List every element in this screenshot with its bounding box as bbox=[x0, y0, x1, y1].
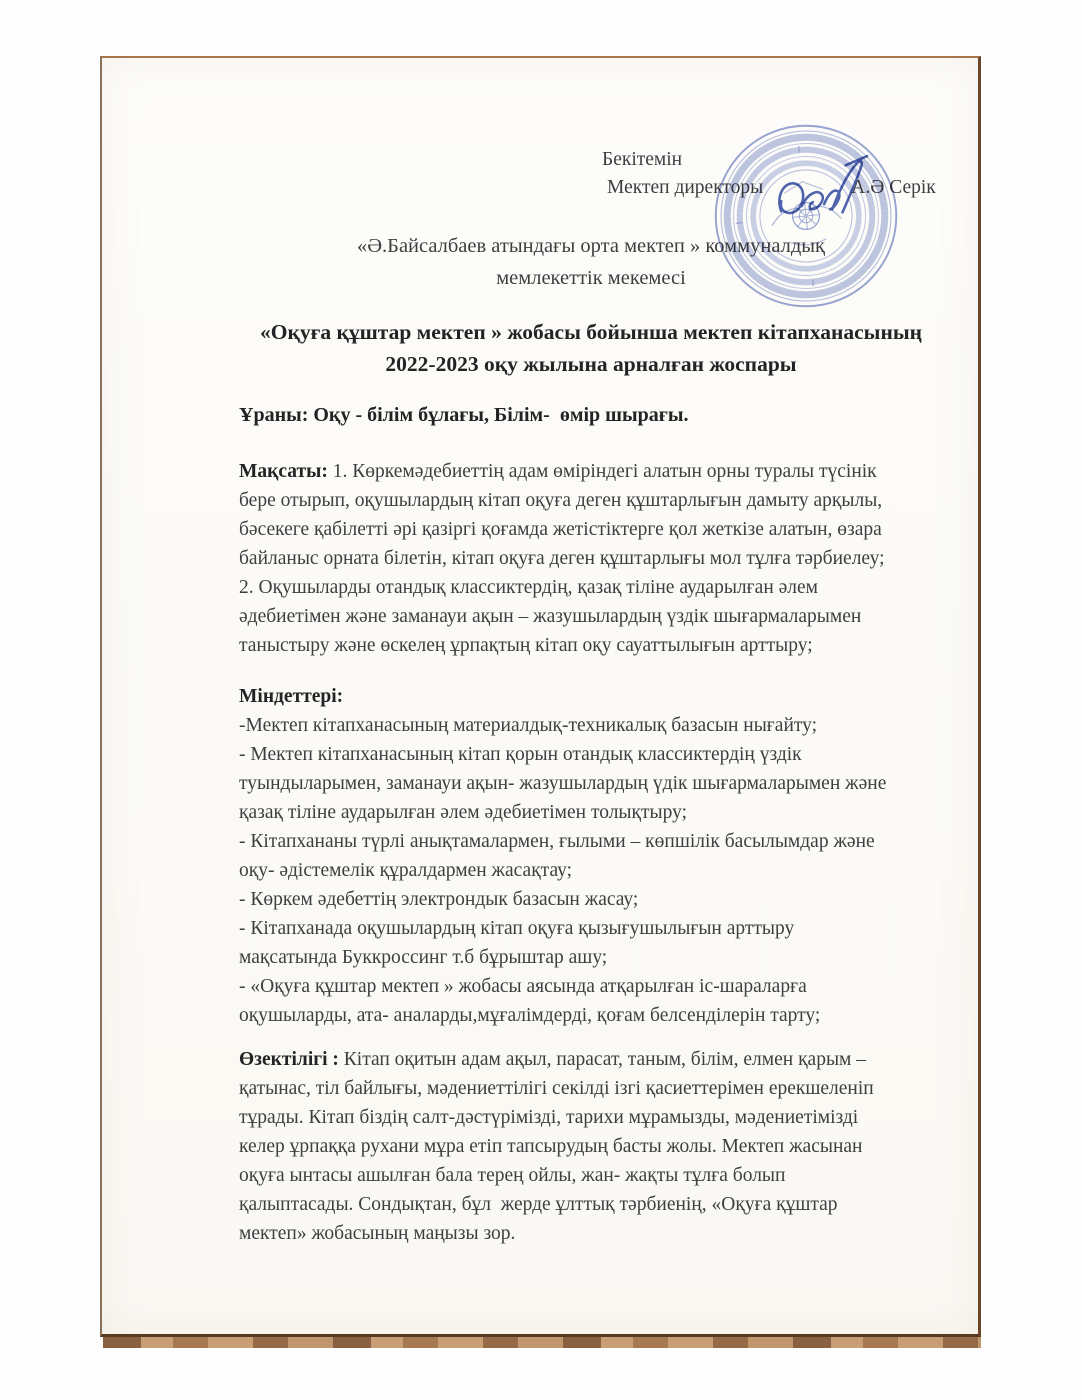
relevance-lines: қатынас, тіл байлығы, мәдениеттілігі сек… bbox=[239, 1074, 943, 1248]
text-line: қатынас, тіл байлығы, мәдениеттілігі сек… bbox=[239, 1074, 943, 1103]
relevance-first-line-text: Кітап оқитын адам ақыл, парасат, таным, … bbox=[339, 1049, 866, 1070]
tasks-lines: -Мектеп кітапханасының материалдық-техни… bbox=[239, 711, 943, 1030]
text-line: 2022-2023 оқу жылына арналған жоспары bbox=[239, 348, 943, 380]
text-line: 2. Оқушыларды отандық классиктердің, қаз… bbox=[239, 573, 943, 602]
goal-first-line: Мақсаты: 1. Көркемәдебиеттің адам өмірін… bbox=[239, 457, 943, 486]
tasks-label: Міндеттері: bbox=[239, 686, 343, 707]
text-line: - «Оқуға құштар мектеп » жобасы аясында … bbox=[239, 972, 943, 1001]
text-line: - Мектеп кітапханасының кітап қорын отан… bbox=[239, 740, 943, 769]
signature-icon bbox=[766, 150, 870, 242]
text-line: - Кітапханада оқушылардың кітап оқуға қы… bbox=[239, 914, 943, 943]
goal-lines: бере отырып, оқушылардың кітап оқуға дег… bbox=[239, 486, 943, 660]
text-line: - Кітапхананы түрлі анықтамалармен, ғылы… bbox=[239, 827, 943, 856]
photo-background: Бекітемін Мектеп директорыА.Ә Серік «Ә.Б… bbox=[0, 0, 1082, 1400]
text-line: бере отырып, оқушылардың кітап оқуға дег… bbox=[239, 486, 943, 515]
relevance-label: Өзектілігі : bbox=[239, 1049, 339, 1070]
wooden-table-edge bbox=[103, 1337, 981, 1348]
text-line: бәсекеге қабілетті әрі қазіргі қоғамда ж… bbox=[239, 515, 943, 544]
text-line: қалыптасады. Сондықтан, бұл жерде ұлттық… bbox=[239, 1190, 943, 1219]
document-title: «Оқуға құштар мектеп » жобасы бойынша ме… bbox=[239, 316, 943, 380]
relevance-first-line: Өзектілігі : Кітап оқитын адам ақыл, пар… bbox=[239, 1045, 943, 1074]
text-line: әдебиетімен және заманауи ақын – жазушыл… bbox=[239, 602, 943, 631]
text-line: мектеп» жобасының маңызы зор. bbox=[239, 1219, 943, 1248]
relevance-paragraph: Өзектілігі : Кітап оқитын адам ақыл, пар… bbox=[239, 1045, 943, 1248]
document-page: Бекітемін Мектеп директорыА.Ә Серік «Ә.Б… bbox=[100, 56, 981, 1337]
text-line: «Оқуға құштар мектеп » жобасы бойынша ме… bbox=[239, 316, 943, 348]
text-line: келер ұрпаққа рухани мұра етіп тапсыруды… bbox=[239, 1132, 943, 1161]
goal-label: Мақсаты: bbox=[239, 461, 328, 482]
text-line: байланыс орната білетін, кітап оқуға дег… bbox=[239, 544, 943, 573]
text-line: қазақ тіліне аударылған әлем әдебиетімен… bbox=[239, 798, 943, 827]
tasks-header: Міндеттері: bbox=[239, 682, 943, 711]
text-line: таныстыру және өскелең ұрпақтың кітап оқ… bbox=[239, 631, 943, 660]
text-line: оқу- әдістемелік құралдармен жасақтау; bbox=[239, 856, 943, 885]
text-line: тұрады. Кітап біздің салт-дәстүрімізді, … bbox=[239, 1103, 943, 1132]
text-line: - Көркем әдебеттің электрондык базасын ж… bbox=[239, 885, 943, 914]
goal-first-line-text: 1. Көркемәдебиеттің адам өміріндегі алат… bbox=[328, 461, 877, 482]
tasks-paragraph: Міндеттері: -Мектеп кітапханасының матер… bbox=[239, 682, 943, 1030]
goal-paragraph: Мақсаты: 1. Көркемәдебиеттің адам өмірін… bbox=[239, 457, 943, 660]
text-line: оқушыларды, ата- аналарды,мұғалімдерді, … bbox=[239, 1001, 943, 1030]
text-line: туындыларымен, заманауи ақын- жазушылард… bbox=[239, 769, 943, 798]
text-line: мақсатында Буккроссинг т.б бұрыштар ашу; bbox=[239, 943, 943, 972]
motto-line: Ұраны: Оқу - білім бұлағы, Білім- өмір ш… bbox=[239, 401, 943, 430]
text-line: -Мектеп кітапханасының материалдық-техни… bbox=[239, 711, 943, 740]
text-line: оқуға ынтасы ашылған бала терең ойлы, жа… bbox=[239, 1161, 943, 1190]
